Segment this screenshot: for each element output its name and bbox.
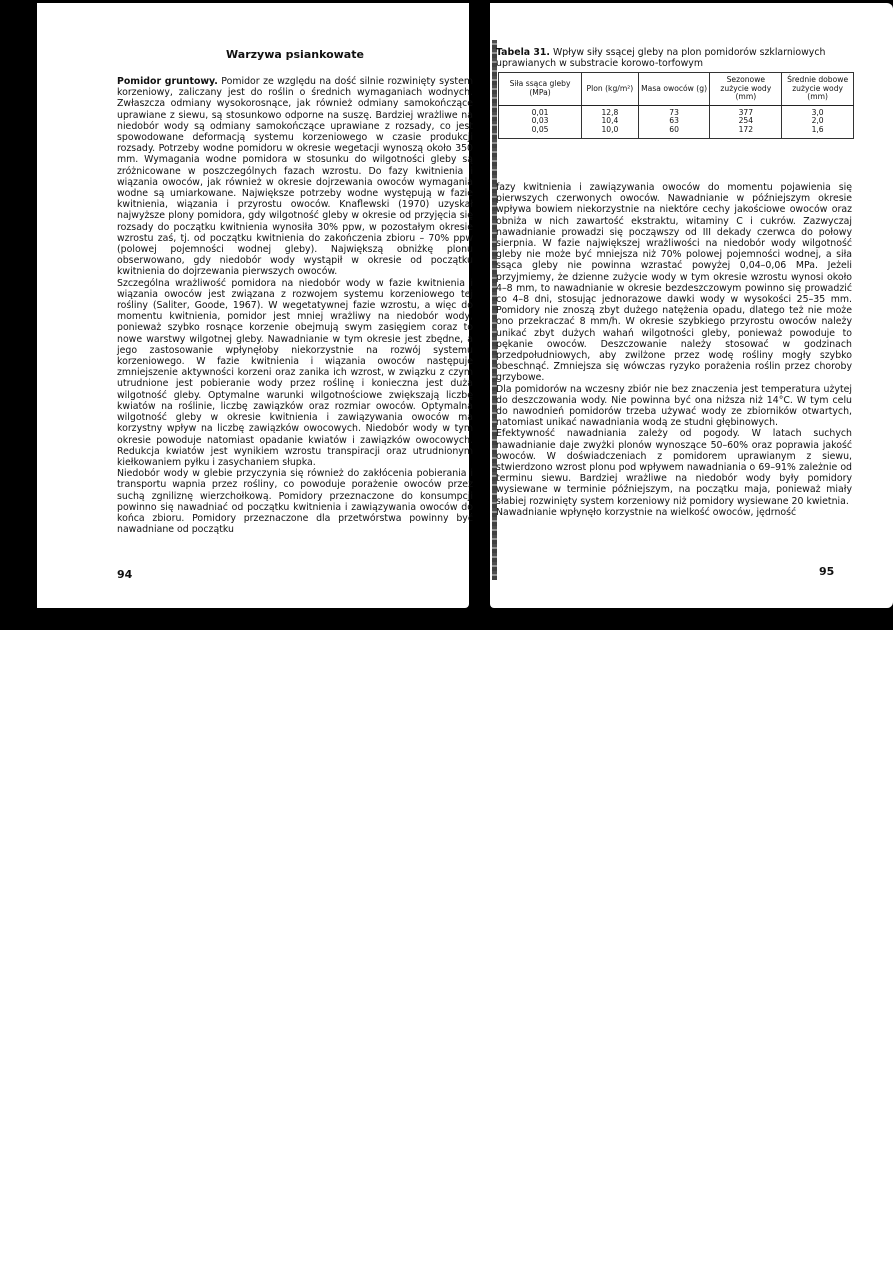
table-header-row: Siła ssąca gleby (MPa) Plon (kg/m²) Masa… bbox=[499, 73, 854, 106]
page-number-left: 94 bbox=[117, 568, 132, 581]
paragraph: Pomidor gruntowy. Pomidor ze względu na … bbox=[117, 76, 473, 278]
data-table: Siła ssąca gleby (MPa) Plon (kg/m²) Masa… bbox=[498, 72, 854, 139]
paragraph: Efektywność nawadniania zależy od pogody… bbox=[496, 428, 852, 506]
lead-term: Pomidor gruntowy. bbox=[117, 76, 218, 87]
column-header: Plon (kg/m²) bbox=[582, 73, 639, 106]
paragraph: Nawadnianie wpłynęło korzystnie na wielk… bbox=[496, 507, 852, 518]
column-header: Siła ssąca gleby (MPa) bbox=[499, 73, 582, 106]
table-caption: Tabela 31. Wpływ siły ssącej gleby na pl… bbox=[496, 47, 852, 69]
table-cell: 3,02,01,6 bbox=[782, 105, 854, 138]
paragraph: fazy kwitnienia i zawiązywania owoców do… bbox=[496, 182, 852, 384]
table-cell: 12,810,410,0 bbox=[582, 105, 639, 138]
table-row: 0,010,030,05 12,810,410,0 736360 3772541… bbox=[499, 105, 854, 138]
left-page-body: Pomidor gruntowy. Pomidor ze względu na … bbox=[117, 76, 473, 535]
column-header: Masa owoców (g) bbox=[638, 73, 710, 106]
page-number-right: 95 bbox=[819, 565, 834, 578]
right-page-body: fazy kwitnienia i zawiązywania owoców do… bbox=[496, 182, 852, 518]
column-header: Sezonowe zużycie wody (mm) bbox=[710, 73, 782, 106]
paragraph: Dla pomidorów na wczesny zbiór nie bez z… bbox=[496, 384, 852, 429]
table-cell: 0,010,030,05 bbox=[499, 105, 582, 138]
table-cell: 736360 bbox=[638, 105, 710, 138]
column-header: Średnie dobowe zużycie wody (mm) bbox=[782, 73, 854, 106]
paragraph: Niedobór wody w glebie przyczynia się ró… bbox=[117, 468, 473, 535]
paragraph: Szczególna wrażliwość pomidora na niedob… bbox=[117, 278, 473, 468]
table-cell: 377254172 bbox=[710, 105, 782, 138]
table-label: Tabela 31. bbox=[496, 47, 550, 58]
section-heading: Warzywa psiankowate bbox=[117, 48, 473, 61]
